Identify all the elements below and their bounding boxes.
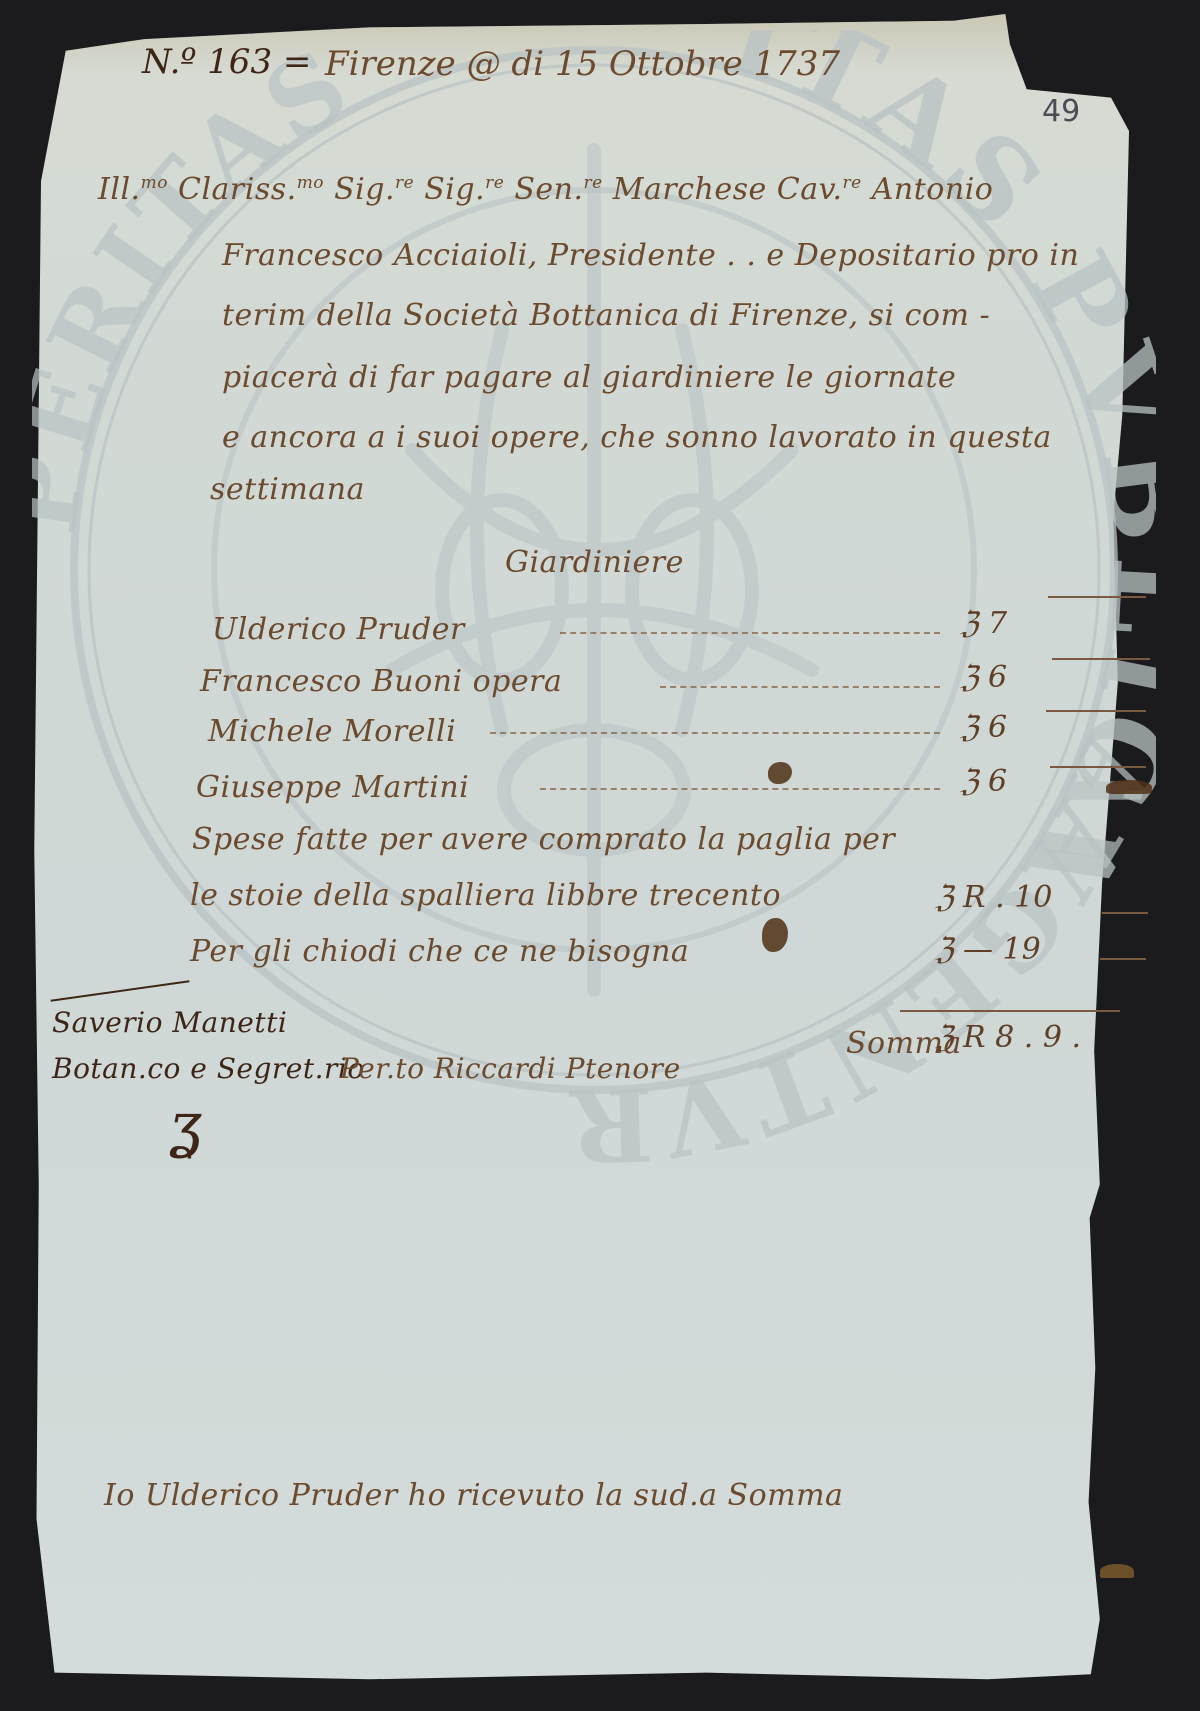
address-line-3: terim della Società Bottanica di Firenze…	[222, 298, 990, 333]
expense-line: le stoie della spalliera libbre trecento	[190, 878, 781, 913]
entry-amount: ℨ 7	[960, 606, 1007, 641]
address-line-6: settimana	[210, 472, 365, 507]
page-number: 49	[1042, 94, 1080, 129]
signature-title: Botan.co e Segret.rio	[52, 1052, 365, 1085]
amount-rule	[1100, 958, 1146, 960]
place-date: Firenze @ di 15 Ottobre 1737	[325, 44, 840, 84]
entry-amount: ℨ 6	[960, 764, 1007, 799]
signature-mark: ʓ	[168, 1090, 202, 1160]
expense-amount: ℨ R . 10	[935, 880, 1052, 915]
leader-dashes	[560, 632, 940, 634]
leader-dashes	[540, 788, 940, 790]
leader-dashes	[660, 686, 940, 688]
amount-rule	[1050, 766, 1146, 768]
address-line-4: piacerà di far pagare al giardiniere le …	[222, 360, 956, 395]
ink-blot	[1100, 1564, 1134, 1578]
section-title: Giardiniere	[505, 545, 684, 580]
expense-amount: ℨ — 19	[935, 932, 1041, 967]
receipt-line: Io Ulderico Pruder ho ricevuto la sud.a …	[104, 1478, 843, 1513]
amount-rule	[1102, 912, 1148, 914]
leader-dashes	[490, 732, 940, 734]
approval-signature: Per.to Riccardi Ptenore	[340, 1052, 681, 1085]
entry-name: Giuseppe Martini	[196, 770, 469, 805]
amount-rule	[1046, 710, 1146, 712]
entry-name: Ulderico Pruder	[212, 612, 465, 647]
expense-line: Per gli chiodi che ce ne bisogna	[190, 934, 689, 969]
entry-amount: ℨ 6	[960, 710, 1007, 745]
signature-name: Saverio Manetti	[52, 1006, 287, 1039]
address-line-1: Ill.mo Clariss.mo Sig.re Sig.re Sen.re M…	[98, 172, 993, 207]
entry-name: Michele Morelli	[208, 714, 456, 749]
address-line-5: e ancora a i suoi opere, che sonno lavor…	[222, 420, 1052, 455]
entry-amount: ℨ 6	[960, 660, 1007, 695]
amount-rule	[1052, 658, 1150, 660]
ink-blot	[1106, 780, 1152, 794]
total-amount: ℨ R 8 . 9 .	[935, 1020, 1081, 1055]
total-rule	[900, 1010, 1120, 1012]
expense-line: Spese fatte per avere comprato la paglia…	[192, 822, 895, 857]
entry-name: Francesco Buoni opera	[200, 664, 562, 699]
amount-rule	[1048, 596, 1146, 598]
document-reference: N.º 163 =	[142, 42, 311, 82]
address-line-2: Francesco Acciaioli, Presidente . . e De…	[222, 238, 1079, 273]
